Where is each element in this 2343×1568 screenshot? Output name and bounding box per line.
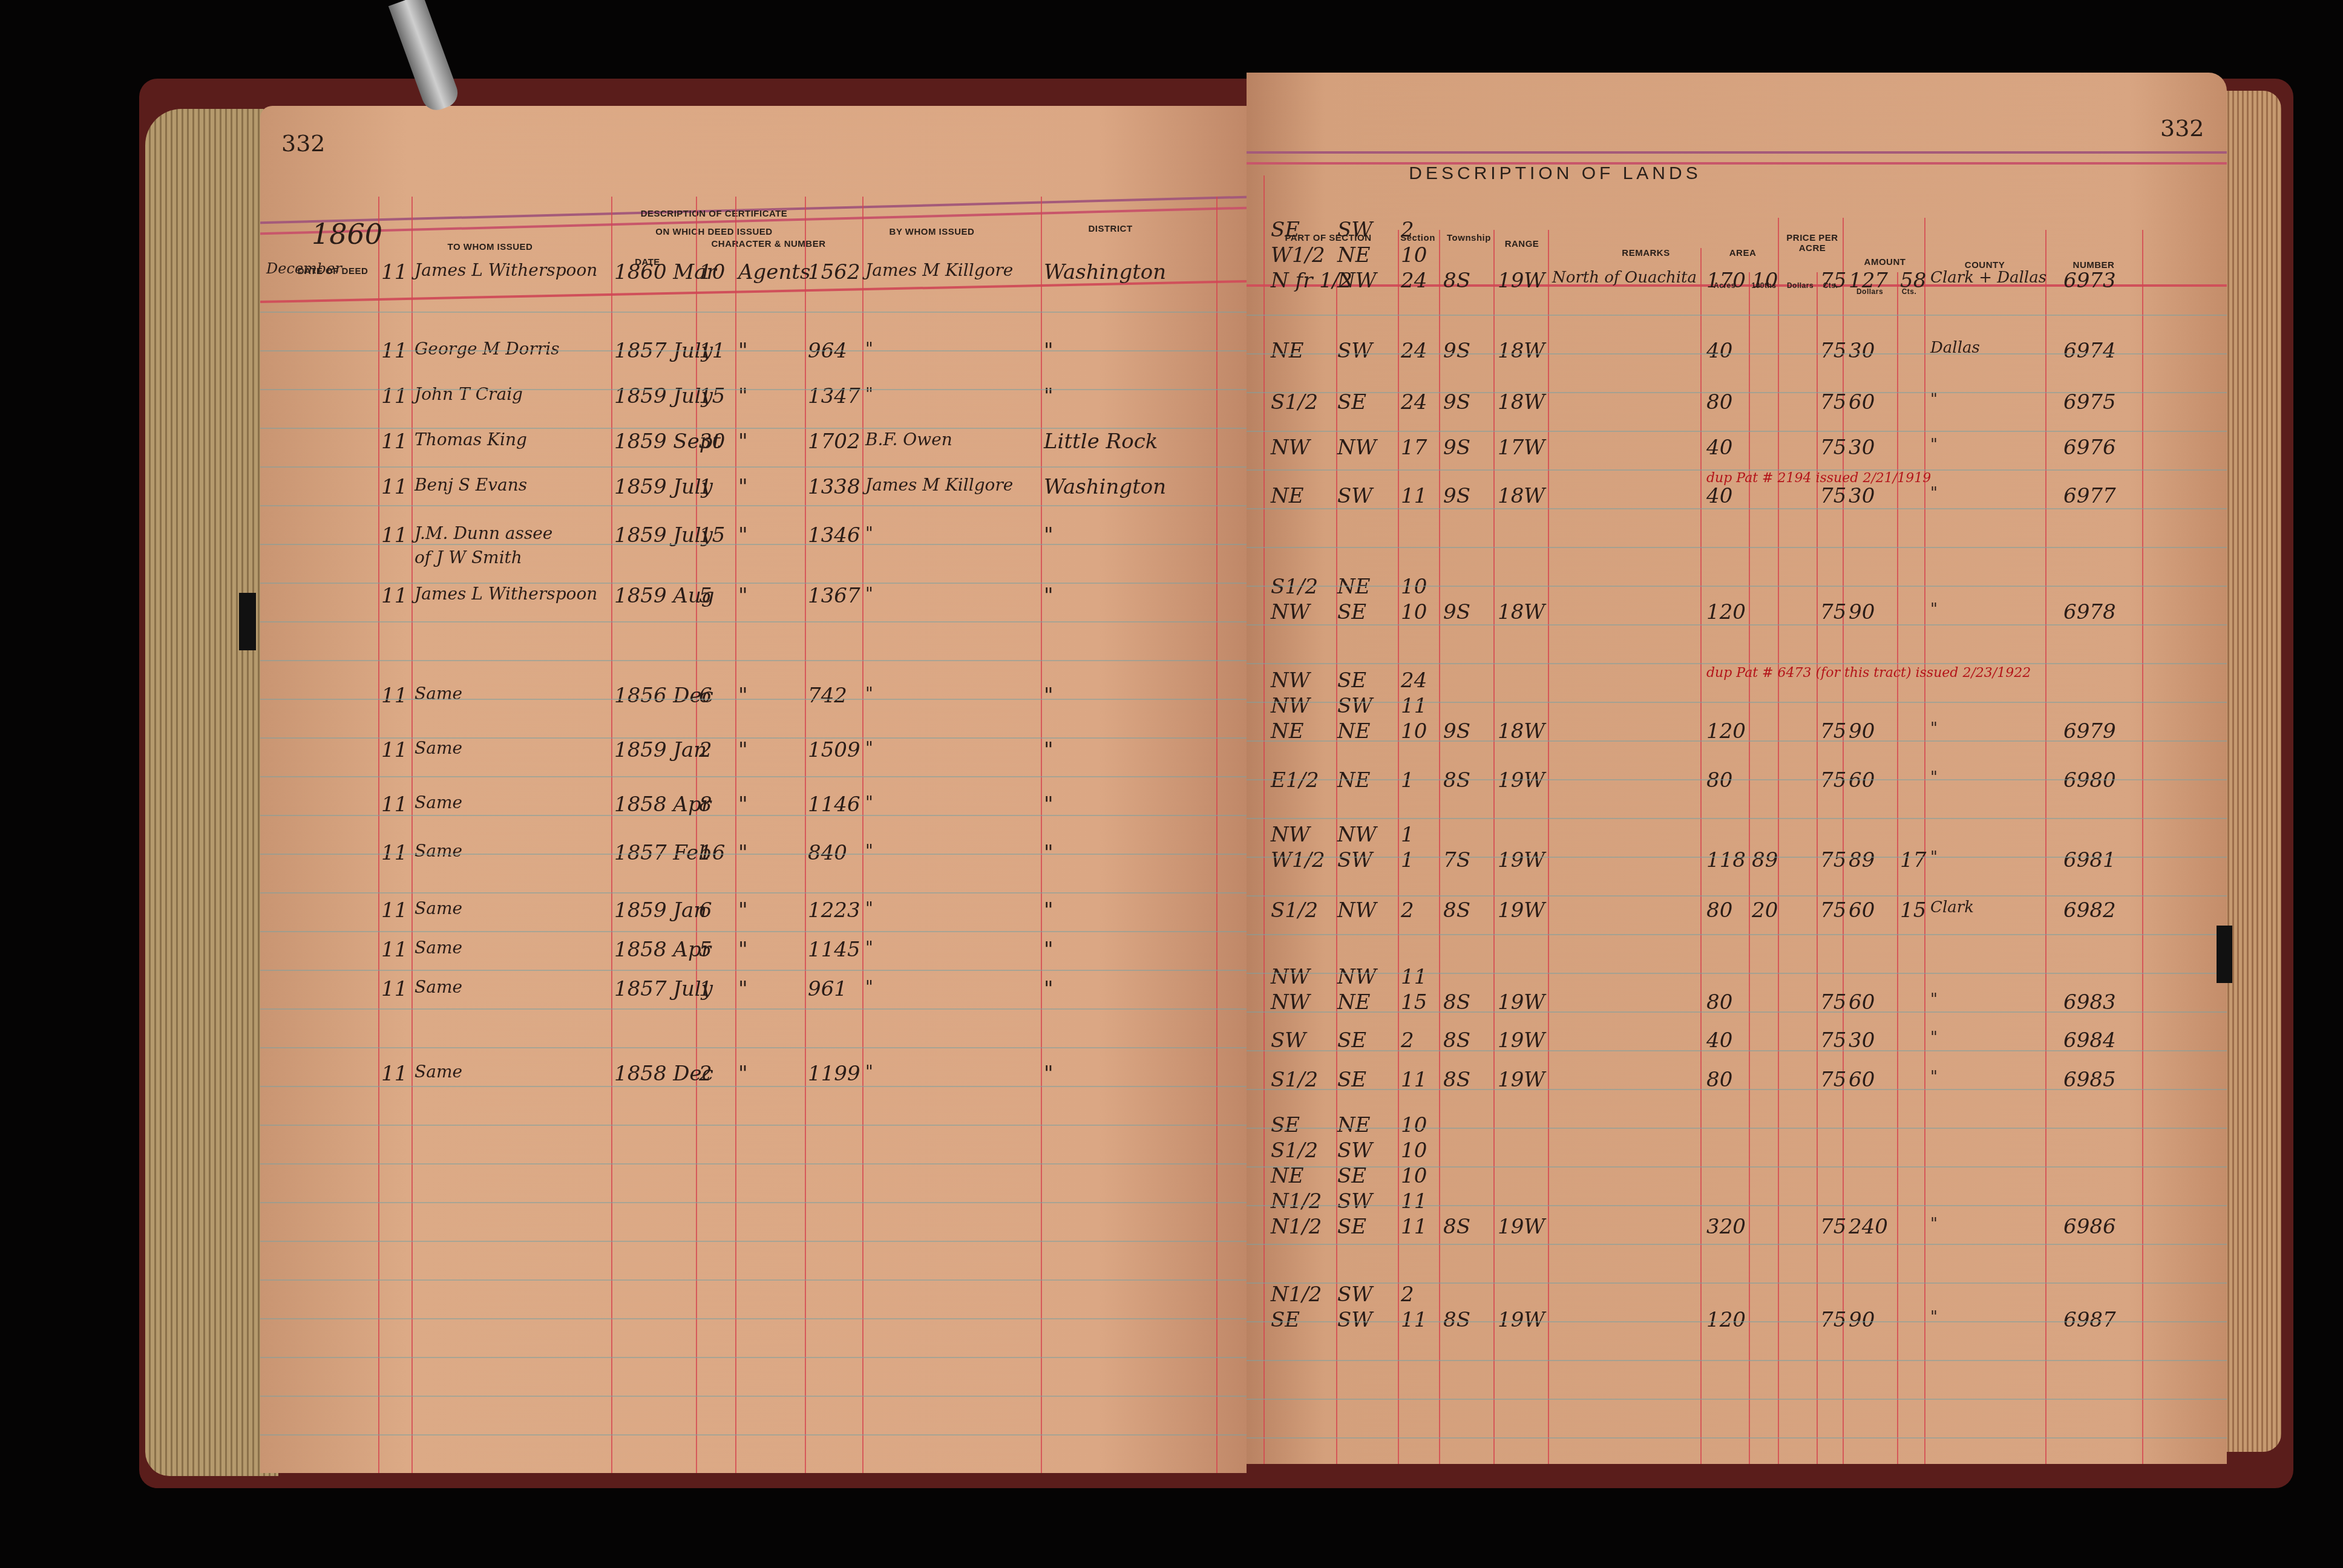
price-cents: 75 — [1820, 990, 1846, 1014]
price-cents: 75 — [1820, 484, 1846, 508]
ruled-line — [1247, 1166, 2227, 1168]
ruled-line — [260, 699, 1247, 700]
amount-dollars: 89 — [1849, 848, 1875, 872]
grantee-name: Same — [415, 977, 462, 997]
area-acres: 120 — [1706, 719, 1746, 743]
certificate-character: " — [738, 938, 748, 962]
section: 24 — [1401, 668, 1427, 693]
ruled-line — [1247, 431, 2227, 432]
deed-number: 6976 — [2063, 436, 2116, 460]
certificate-character: " — [738, 898, 748, 923]
township: 9S — [1443, 436, 1470, 460]
amount-cents: 58 — [1900, 269, 1926, 293]
ruled-line — [260, 1396, 1247, 1397]
amount-dollars: 60 — [1849, 768, 1875, 792]
certificate-number: 1338 — [808, 475, 860, 499]
quarter: SE — [1337, 1068, 1366, 1092]
quarter: SW — [1337, 694, 1372, 718]
part-of-quarter: W1/2 — [1271, 243, 1325, 267]
price-cents: 75 — [1820, 600, 1846, 624]
issued-by: James M Killgore — [865, 475, 1013, 495]
amount-dollars: 60 — [1849, 1068, 1875, 1092]
certificate-day: 6 — [699, 684, 712, 708]
ruled-line — [1247, 1050, 2227, 1051]
grantee-name: Same — [415, 684, 462, 704]
grantee-name-line2: of J W Smith — [415, 547, 522, 567]
part-of-quarter: NW — [1271, 990, 1310, 1014]
ruled-line — [260, 583, 1247, 584]
quarter: SE — [1337, 1028, 1366, 1053]
section: 24 — [1401, 269, 1427, 293]
range: 19W — [1498, 898, 1545, 923]
ruled-line — [260, 737, 1247, 739]
area-acres: 170 — [1706, 269, 1746, 293]
section: 15 — [1401, 990, 1427, 1014]
grantee-name: Same — [415, 792, 462, 812]
issued-by: B.F. Owen — [865, 430, 952, 449]
area-acres: 320 — [1706, 1215, 1746, 1239]
price-cents: 75 — [1820, 436, 1846, 460]
ruled-line — [1247, 818, 2227, 819]
ruled-line — [1247, 469, 2227, 471]
area-acres: 40 — [1706, 1028, 1732, 1053]
amount-dollars: 60 — [1849, 390, 1875, 414]
area-hundredths: 10 — [1752, 269, 1778, 293]
range: 17W — [1498, 436, 1545, 460]
ruled-line — [260, 892, 1247, 893]
ruled-line — [1247, 740, 2227, 742]
certificate-character: " — [738, 738, 748, 762]
ruled-line — [1247, 315, 2227, 316]
area-acres: 118 — [1706, 848, 1746, 872]
amount-cents: 17 — [1900, 848, 1926, 872]
red-ink-annotation: dup Pat # 6473 (for this tract) issued 2… — [1706, 665, 2031, 681]
part-of-quarter: SW — [1271, 1028, 1306, 1053]
section: 10 — [1401, 1138, 1427, 1163]
ruled-line — [1247, 1205, 2227, 1206]
col-range: RANGE — [1495, 239, 1549, 249]
county: " — [1930, 1215, 1938, 1233]
quarter: SE — [1337, 668, 1366, 693]
right-page: 332 DESCRIPTION OF LANDS PART OF SECTION… — [1247, 73, 2227, 1464]
certificate-day: 2 — [699, 738, 712, 762]
ruled-line — [260, 776, 1247, 777]
area-hundredths: 20 — [1752, 898, 1778, 923]
deed-day: 11 — [381, 841, 407, 865]
ruled-line — [1247, 779, 2227, 780]
issued-by: " — [865, 792, 873, 812]
deed-day: 11 — [381, 430, 407, 454]
district: Washington — [1044, 475, 1166, 499]
col-character-number: CHARACTER & NUMBER — [708, 239, 829, 249]
part-of-quarter: N1/2 — [1271, 1189, 1322, 1214]
certificate-character: " — [738, 384, 748, 408]
col-district: DISTRICT — [1065, 224, 1156, 234]
deed-day: 11 — [381, 898, 407, 923]
part-of-quarter: S1/2 — [1271, 1138, 1318, 1163]
ruled-line — [1247, 392, 2227, 393]
part-of-quarter: NW — [1271, 694, 1310, 718]
part-of-quarter: SE — [1271, 1308, 1300, 1332]
township: 8S — [1443, 1028, 1470, 1053]
price-cents: 75 — [1820, 1308, 1846, 1332]
ruled-line — [1247, 663, 2227, 664]
deed-day: 11 — [381, 684, 407, 708]
ruled-line — [260, 1047, 1247, 1048]
area-acres: 80 — [1706, 390, 1732, 414]
amount-dollars: 90 — [1849, 600, 1875, 624]
part-of-quarter: SE — [1271, 218, 1300, 242]
quarter: SW — [1337, 484, 1372, 508]
ruled-line — [260, 1163, 1247, 1165]
certificate-character: " — [738, 684, 748, 708]
quarter: NE — [1337, 768, 1371, 792]
part-of-quarter: NE — [1271, 484, 1304, 508]
deed-year: 1860 — [312, 218, 382, 250]
ruled-line — [260, 1086, 1247, 1087]
range: 19W — [1498, 768, 1545, 792]
ruled-line — [1247, 1244, 2227, 1245]
township: 9S — [1443, 339, 1470, 363]
part-of-quarter: NW — [1271, 668, 1310, 693]
ruled-line — [260, 660, 1247, 661]
ruled-line — [260, 428, 1247, 429]
range: 19W — [1498, 990, 1545, 1014]
issued-by: " — [865, 841, 873, 861]
deed-day: 11 — [381, 792, 407, 817]
ruled-line — [260, 854, 1247, 855]
township: 9S — [1443, 390, 1470, 414]
deed-day: 11 — [381, 384, 407, 408]
price-cents: 75 — [1820, 1028, 1846, 1053]
township: 9S — [1443, 484, 1470, 508]
red-ink-annotation: dup Pat # 2194 issued 2/21/1919 — [1706, 471, 1931, 486]
range: 19W — [1498, 1068, 1545, 1092]
range: 19W — [1498, 1028, 1545, 1053]
grantee-name: J.M. Dunn assee — [415, 523, 552, 543]
quarter: SE — [1337, 1215, 1366, 1239]
certificate-character: " — [738, 475, 748, 499]
certificate-character: " — [738, 977, 748, 1001]
deed-day: 11 — [381, 584, 407, 608]
range: 19W — [1498, 1308, 1545, 1332]
area-acres: 80 — [1706, 1068, 1732, 1092]
district: Little Rock — [1044, 430, 1158, 454]
part-of-quarter: S1/2 — [1271, 390, 1318, 414]
price-cents: 75 — [1820, 898, 1846, 923]
county: " — [1930, 719, 1938, 737]
part-of-quarter: N1/2 — [1271, 1282, 1322, 1307]
district: " — [1044, 738, 1054, 762]
ruled-line — [1247, 1128, 2227, 1129]
deed-number: 6987 — [2063, 1308, 2116, 1332]
ruled-line — [1247, 1011, 2227, 1013]
area-acres: 80 — [1706, 898, 1732, 923]
col-area: AREA — [1706, 248, 1779, 258]
quarter: NW — [1337, 269, 1377, 293]
deed-number: 6974 — [2063, 339, 2116, 363]
grantee-name: Same — [415, 738, 462, 758]
county: Clark + Dallas — [1930, 269, 2046, 287]
area-acres: 40 — [1706, 484, 1732, 508]
township: 9S — [1443, 719, 1470, 743]
index-tab-right — [2217, 926, 2232, 983]
grantee-name: Benj S Evans — [415, 475, 527, 495]
county: " — [1930, 436, 1938, 454]
deed-number: 6979 — [2063, 719, 2116, 743]
price-cents: 75 — [1820, 269, 1846, 293]
area-acres: 120 — [1706, 1308, 1746, 1332]
range: 18W — [1498, 600, 1545, 624]
issued-by: " — [865, 523, 873, 543]
certificate-number: 1367 — [808, 584, 860, 608]
amount-dollars: 60 — [1849, 898, 1875, 923]
ruled-line — [1247, 857, 2227, 858]
deed-day: 11 — [381, 977, 407, 1001]
right-page-number: 332 — [2160, 115, 2204, 142]
section: 10 — [1401, 1164, 1427, 1188]
grantee-name: Thomas King — [415, 430, 527, 449]
certificate-number: 840 — [808, 841, 847, 865]
certificate-day: 16 — [699, 841, 725, 865]
section: 1 — [1401, 848, 1414, 872]
part-of-quarter: SE — [1271, 1113, 1300, 1137]
ruled-line — [1247, 1321, 2227, 1322]
district: " — [1044, 384, 1054, 408]
ruled-line — [1247, 973, 2227, 974]
issued-by: " — [865, 898, 873, 918]
part-of-quarter: S1/2 — [1271, 575, 1318, 599]
range: 19W — [1498, 1215, 1545, 1239]
certificate-number: 1223 — [808, 898, 860, 923]
ruled-line — [1247, 1282, 2227, 1284]
section: 11 — [1401, 1068, 1427, 1092]
part-of-quarter: S1/2 — [1271, 1068, 1318, 1092]
ruled-line — [1247, 624, 2227, 626]
deed-day: 11 — [381, 260, 407, 284]
section: 11 — [1401, 694, 1427, 718]
certificate-day: 5 — [699, 584, 712, 608]
county: " — [1930, 990, 1938, 1008]
ruled-line — [260, 466, 1247, 468]
certificate-number: 1509 — [808, 738, 860, 762]
price-cents: 75 — [1820, 1068, 1846, 1092]
deed-number: 6984 — [2063, 1028, 2116, 1053]
section: 11 — [1401, 1308, 1427, 1332]
certificate-date: 1859 Jan — [614, 738, 707, 762]
deed-number: 6985 — [2063, 1068, 2116, 1092]
deed-day: 11 — [381, 1062, 407, 1086]
quarter: NW — [1337, 823, 1377, 847]
area-acres: 80 — [1706, 990, 1732, 1014]
col-township: Township — [1443, 233, 1495, 243]
col-price-per-acre: PRICE PER ACRE — [1782, 233, 1843, 253]
section: 11 — [1401, 1189, 1427, 1214]
amount-dollars: 30 — [1849, 484, 1875, 508]
area-acres: 80 — [1706, 768, 1732, 792]
ruled-line — [1247, 1437, 2227, 1439]
grantee-name: Same — [415, 898, 462, 918]
quarter: NW — [1337, 436, 1377, 460]
township: 8S — [1443, 1308, 1470, 1332]
township: 8S — [1443, 269, 1470, 293]
amount-dollars: 30 — [1849, 339, 1875, 363]
issued-by: " — [865, 1062, 873, 1082]
quarter: SW — [1337, 339, 1372, 363]
certificate-character: " — [738, 1062, 748, 1086]
remarks: North of Ouachita — [1552, 269, 1697, 287]
certificate-character: Agents — [738, 260, 810, 284]
section: 10 — [1401, 243, 1427, 267]
township: 8S — [1443, 768, 1470, 792]
section: 2 — [1401, 1028, 1414, 1053]
issued-by: " — [865, 738, 873, 758]
quarter: SE — [1337, 390, 1366, 414]
certificate-character: " — [738, 841, 748, 865]
quarter: SW — [1337, 848, 1372, 872]
district: " — [1044, 684, 1054, 708]
certificate-day: 30 — [699, 430, 725, 454]
ruled-line — [260, 931, 1247, 932]
deed-number: 6973 — [2063, 269, 2116, 293]
certificate-date: 1858 Apr — [614, 938, 711, 962]
section: 24 — [1401, 390, 1427, 414]
section: 11 — [1401, 965, 1427, 989]
deed-number: 6980 — [2063, 768, 2116, 792]
county: " — [1930, 1028, 1938, 1047]
index-tab-left — [239, 593, 256, 650]
area-acres: 40 — [1706, 339, 1732, 363]
part-of-quarter: NE — [1271, 1164, 1304, 1188]
certificate-day: 5 — [699, 938, 712, 962]
amount-dollars: 60 — [1849, 990, 1875, 1014]
deed-number: 6978 — [2063, 600, 2116, 624]
district: " — [1044, 584, 1054, 608]
grantee-name: James L Witherspoon — [415, 260, 597, 280]
certificate-number: 1347 — [808, 384, 860, 408]
ruled-line — [1247, 702, 2227, 703]
range: 18W — [1498, 339, 1545, 363]
col-price-dollars: Dollars — [1782, 281, 1818, 290]
quarter: NE — [1337, 990, 1371, 1014]
ruled-line — [1247, 1360, 2227, 1361]
section: 2 — [1401, 1282, 1414, 1307]
county: " — [1930, 484, 1938, 502]
amount-cents: 15 — [1900, 898, 1926, 923]
ruled-line — [1247, 934, 2227, 935]
ruled-line — [260, 1202, 1247, 1203]
certificate-number: 1146 — [808, 792, 860, 817]
district: " — [1044, 938, 1054, 962]
township: 8S — [1443, 898, 1470, 923]
range: 18W — [1498, 484, 1545, 508]
certificate-date: 1857 July — [614, 977, 713, 1001]
certificate-day: 1 — [699, 475, 712, 499]
quarter: SW — [1337, 1138, 1372, 1163]
range: 19W — [1498, 269, 1545, 293]
amount-dollars: 30 — [1849, 1028, 1875, 1053]
amount-dollars: 30 — [1849, 436, 1875, 460]
section: 24 — [1401, 339, 1427, 363]
col-remarks: REMARKS — [1585, 248, 1706, 258]
certificate-character: " — [738, 430, 748, 454]
header-double-rule — [1247, 151, 2227, 154]
price-cents: 75 — [1820, 390, 1846, 414]
section: 1 — [1401, 768, 1414, 792]
certificate-day: 15 — [699, 384, 725, 408]
price-cents: 75 — [1820, 1215, 1846, 1239]
ruled-line — [1247, 586, 2227, 587]
county: " — [1930, 600, 1938, 618]
section: 2 — [1401, 898, 1414, 923]
certificate-character: " — [738, 792, 748, 817]
section: 1 — [1401, 823, 1414, 847]
part-of-quarter: NE — [1271, 719, 1304, 743]
ruled-line — [1247, 895, 2227, 897]
certificate-day: 6 — [699, 898, 712, 923]
col-description-of-certificate: DESCRIPTION OF CERTIFICATE — [605, 209, 823, 219]
quarter: NE — [1337, 243, 1371, 267]
certificate-date: 1859 July — [614, 384, 713, 408]
deed-number: 6986 — [2063, 1215, 2116, 1239]
page-edges-left — [145, 109, 278, 1476]
section: 17 — [1401, 436, 1427, 460]
certificate-day: 1 — [699, 977, 712, 1001]
part-of-quarter: E1/2 — [1271, 768, 1319, 792]
area-acres: 120 — [1706, 600, 1746, 624]
district: " — [1044, 898, 1054, 923]
quarter: SW — [1337, 1282, 1372, 1307]
part-of-quarter: N1/2 — [1271, 1215, 1322, 1239]
area-hundredths: 89 — [1752, 848, 1778, 872]
certificate-number: 1702 — [808, 430, 860, 454]
township: 7S — [1443, 848, 1470, 872]
ruled-line — [260, 312, 1247, 313]
ruled-line — [1247, 547, 2227, 548]
deed-number: 6983 — [2063, 990, 2116, 1014]
district: Washington — [1044, 260, 1166, 284]
section: 2 — [1401, 218, 1414, 242]
quarter: NE — [1337, 719, 1371, 743]
ruled-line — [260, 544, 1247, 545]
ruled-line — [260, 1318, 1247, 1319]
certificate-date: 1857 Feb — [614, 841, 712, 865]
part-of-quarter: NE — [1271, 339, 1304, 363]
part-of-quarter: NW — [1271, 965, 1310, 989]
col-on-which-deed-issued: ON WHICH DEED ISSUED — [623, 227, 805, 237]
part-of-quarter: W1/2 — [1271, 848, 1325, 872]
issued-by: " — [865, 584, 873, 604]
amount-dollars: 90 — [1849, 1308, 1875, 1332]
deed-number: 6982 — [2063, 898, 2116, 923]
ruled-line — [260, 350, 1247, 351]
grantee-name: Same — [415, 938, 462, 958]
price-cents: 75 — [1820, 768, 1846, 792]
left-page-number: 332 — [281, 130, 326, 157]
certificate-day: 8 — [699, 792, 712, 817]
township: 8S — [1443, 1068, 1470, 1092]
issued-by: James M Killgore — [865, 260, 1013, 280]
ruled-line — [260, 815, 1247, 816]
ruled-line — [1247, 1089, 2227, 1090]
ruled-line — [260, 389, 1247, 390]
ruled-line — [1247, 353, 2227, 354]
grantee-name: George M Dorris — [415, 339, 560, 359]
certificate-number: 1562 — [808, 260, 860, 284]
quarter: NE — [1337, 575, 1371, 599]
ruled-line — [260, 1279, 1247, 1281]
ruled-line — [260, 1008, 1247, 1010]
